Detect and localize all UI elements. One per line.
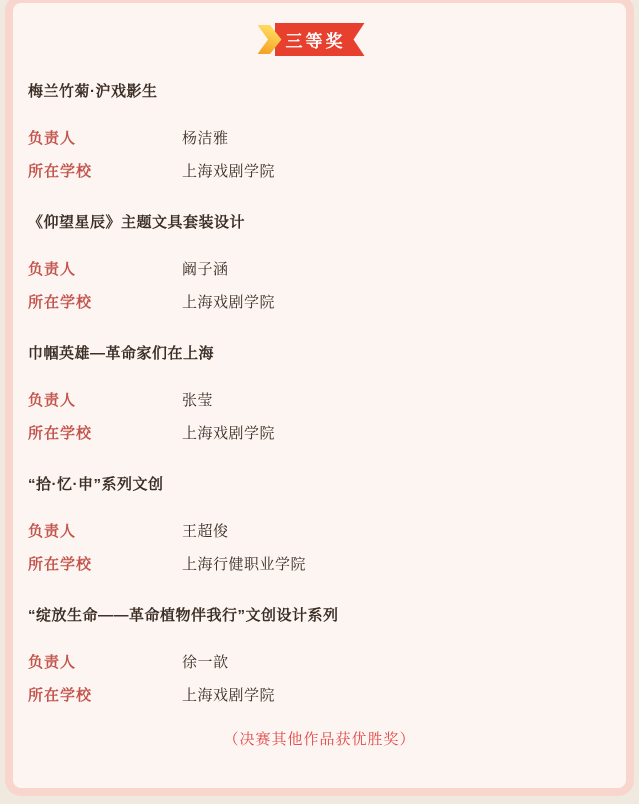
award-entry: 巾帼英雄—革命家们在上海 负责人 张莹 所在学校 上海戏剧学院: [28, 346, 617, 442]
field-label-school: 所在学校: [28, 688, 182, 704]
entry-title: “绽放生命——革命植物伴我行”文创设计系列: [28, 608, 617, 624]
award-entry: “拾·忆·申”系列文创 负责人 王超俊 所在学校 上海行健职业学院: [28, 477, 617, 573]
field-label-leader: 负责人: [28, 655, 182, 671]
field-label-leader: 负责人: [28, 131, 182, 147]
field-label-school: 所在学校: [28, 295, 182, 311]
ribbon-label: 三等奖: [286, 27, 346, 52]
footer-note: （决赛其他作品获优胜奖）: [13, 731, 626, 749]
entry-school-row: 所在学校 上海戏剧学院: [28, 164, 617, 180]
leader-name: 徐一歆: [182, 655, 229, 671]
leader-name: 张莹: [182, 393, 213, 409]
field-label-leader: 负责人: [28, 262, 182, 278]
entry-leader-row: 负责人 杨洁雅: [28, 131, 617, 147]
field-label-school: 所在学校: [28, 164, 182, 180]
entry-title: “拾·忆·申”系列文创: [28, 477, 617, 493]
award-entry: “绽放生命——革命植物伴我行”文创设计系列 负责人 徐一歆 所在学校 上海戏剧学…: [28, 608, 617, 704]
third-prize-ribbon: 三等奖: [275, 23, 365, 56]
entry-title: 《仰望星辰》主题文具套装设计: [28, 215, 617, 231]
field-label-leader: 负责人: [28, 393, 182, 409]
award-list: 梅兰竹菊·沪戏影生 负责人 杨洁雅 所在学校 上海戏剧学院 《仰望星辰》主题文具…: [28, 84, 617, 739]
award-entry: 梅兰竹菊·沪戏影生 负责人 杨洁雅 所在学校 上海戏剧学院: [28, 84, 617, 180]
entry-leader-row: 负责人 阚子涵: [28, 262, 617, 278]
entry-school-row: 所在学校 上海行健职业学院: [28, 557, 617, 573]
entry-school-row: 所在学校 上海戏剧学院: [28, 295, 617, 311]
leader-name: 阚子涵: [182, 262, 229, 278]
field-label-leader: 负责人: [28, 524, 182, 540]
entry-school-row: 所在学校 上海戏剧学院: [28, 426, 617, 442]
entry-school-row: 所在学校 上海戏剧学院: [28, 688, 617, 704]
leader-name: 杨洁雅: [182, 131, 229, 147]
school-name: 上海戏剧学院: [182, 295, 275, 311]
entry-title: 巾帼英雄—革命家们在上海: [28, 346, 617, 362]
field-label-school: 所在学校: [28, 426, 182, 442]
entry-leader-row: 负责人 张莹: [28, 393, 617, 409]
school-name: 上海戏剧学院: [182, 426, 275, 442]
entry-title: 梅兰竹菊·沪戏影生: [28, 84, 617, 100]
entry-leader-row: 负责人 徐一歆: [28, 655, 617, 671]
field-label-school: 所在学校: [28, 557, 182, 573]
award-entry: 《仰望星辰》主题文具套装设计 负责人 阚子涵 所在学校 上海戏剧学院: [28, 215, 617, 311]
entry-leader-row: 负责人 王超俊: [28, 524, 617, 540]
school-name: 上海戏剧学院: [182, 164, 275, 180]
school-name: 上海行健职业学院: [182, 557, 306, 573]
ribbon-banner: 三等奖: [275, 23, 365, 56]
leader-name: 王超俊: [182, 524, 229, 540]
school-name: 上海戏剧学院: [182, 688, 275, 704]
